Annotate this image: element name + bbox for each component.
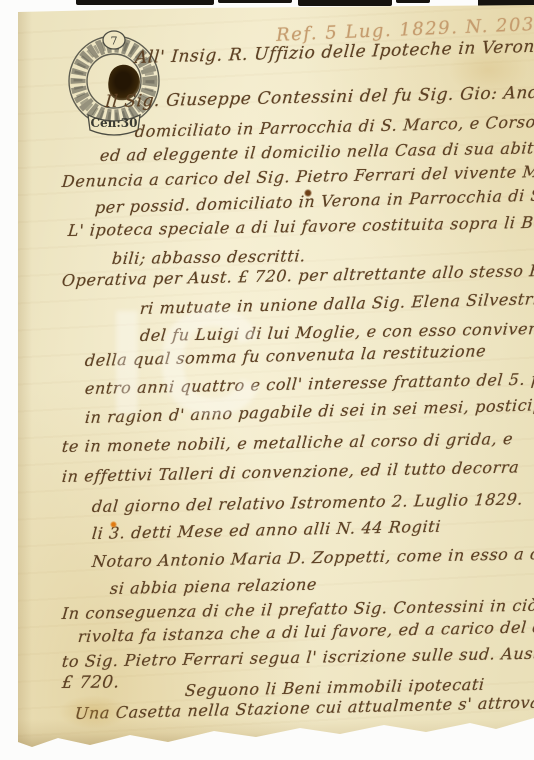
manuscript-line-15: te in monete nobili, e metalliche al cor… xyxy=(61,429,514,456)
paper-stain xyxy=(58,695,128,729)
manuscript-line-5: Denuncia a carico del Sig. Pietro Ferrar… xyxy=(61,161,534,191)
scan-edge-artifact xyxy=(76,0,214,5)
manuscript-line-14: in ragion d' anno pagabile di sei in sei… xyxy=(84,394,534,427)
scan-edge-artifact xyxy=(396,0,430,3)
foxing-spot xyxy=(110,521,117,528)
manuscript-line-12: della qual somma fu convenuta la restitu… xyxy=(84,341,487,370)
stamp-bottom-value: Cen:30 xyxy=(90,116,137,130)
paper-stain xyxy=(448,45,528,95)
foxing-spot xyxy=(304,189,312,197)
manuscript-line-16: in effettivi Talleri di convenzione, ed … xyxy=(61,457,520,486)
stamp-top-value: 7 xyxy=(111,35,118,48)
manuscript-line-17: dal giorno del relativo Istromento 2. Lu… xyxy=(91,489,524,516)
manuscript-line-4: ed ad eleggente il domicilio nella Casa … xyxy=(99,137,534,165)
manuscript-line-13: entro anni quattro e coll' interesse fra… xyxy=(84,369,534,398)
manuscript-line-10: ri mutuate in unione dalla Sig. Elena Si… xyxy=(139,289,534,318)
manuscript-line-23: to Sig. Pietro Ferrari segua l' iscrizio… xyxy=(61,644,534,671)
scan-edge-artifact xyxy=(298,0,392,6)
manuscript-line-8: bili; abbasso descritti. xyxy=(111,246,307,268)
manuscript-paper: Ref. 5 Lug. 1829. N. 2034. 7 Cen:30 All'… xyxy=(18,5,534,749)
manuscript-line-24: £ 720. xyxy=(61,672,121,693)
manuscript-line-18: li 3. detti Mese ed anno alli N. 44 Rogi… xyxy=(91,517,442,543)
manuscript-line-20: si abbia piena relazione xyxy=(109,575,318,598)
scanned-document-photo: Ref. 5 Lug. 1829. N. 2034. 7 Cen:30 All'… xyxy=(0,0,534,760)
scan-edge-artifact xyxy=(218,0,292,3)
manuscript-line-19: Notaro Antonio Maria D. Zoppetti, come i… xyxy=(91,544,534,571)
manuscript-line-3: domiciliato in Parrocchia di S. Marco, e… xyxy=(134,111,534,141)
